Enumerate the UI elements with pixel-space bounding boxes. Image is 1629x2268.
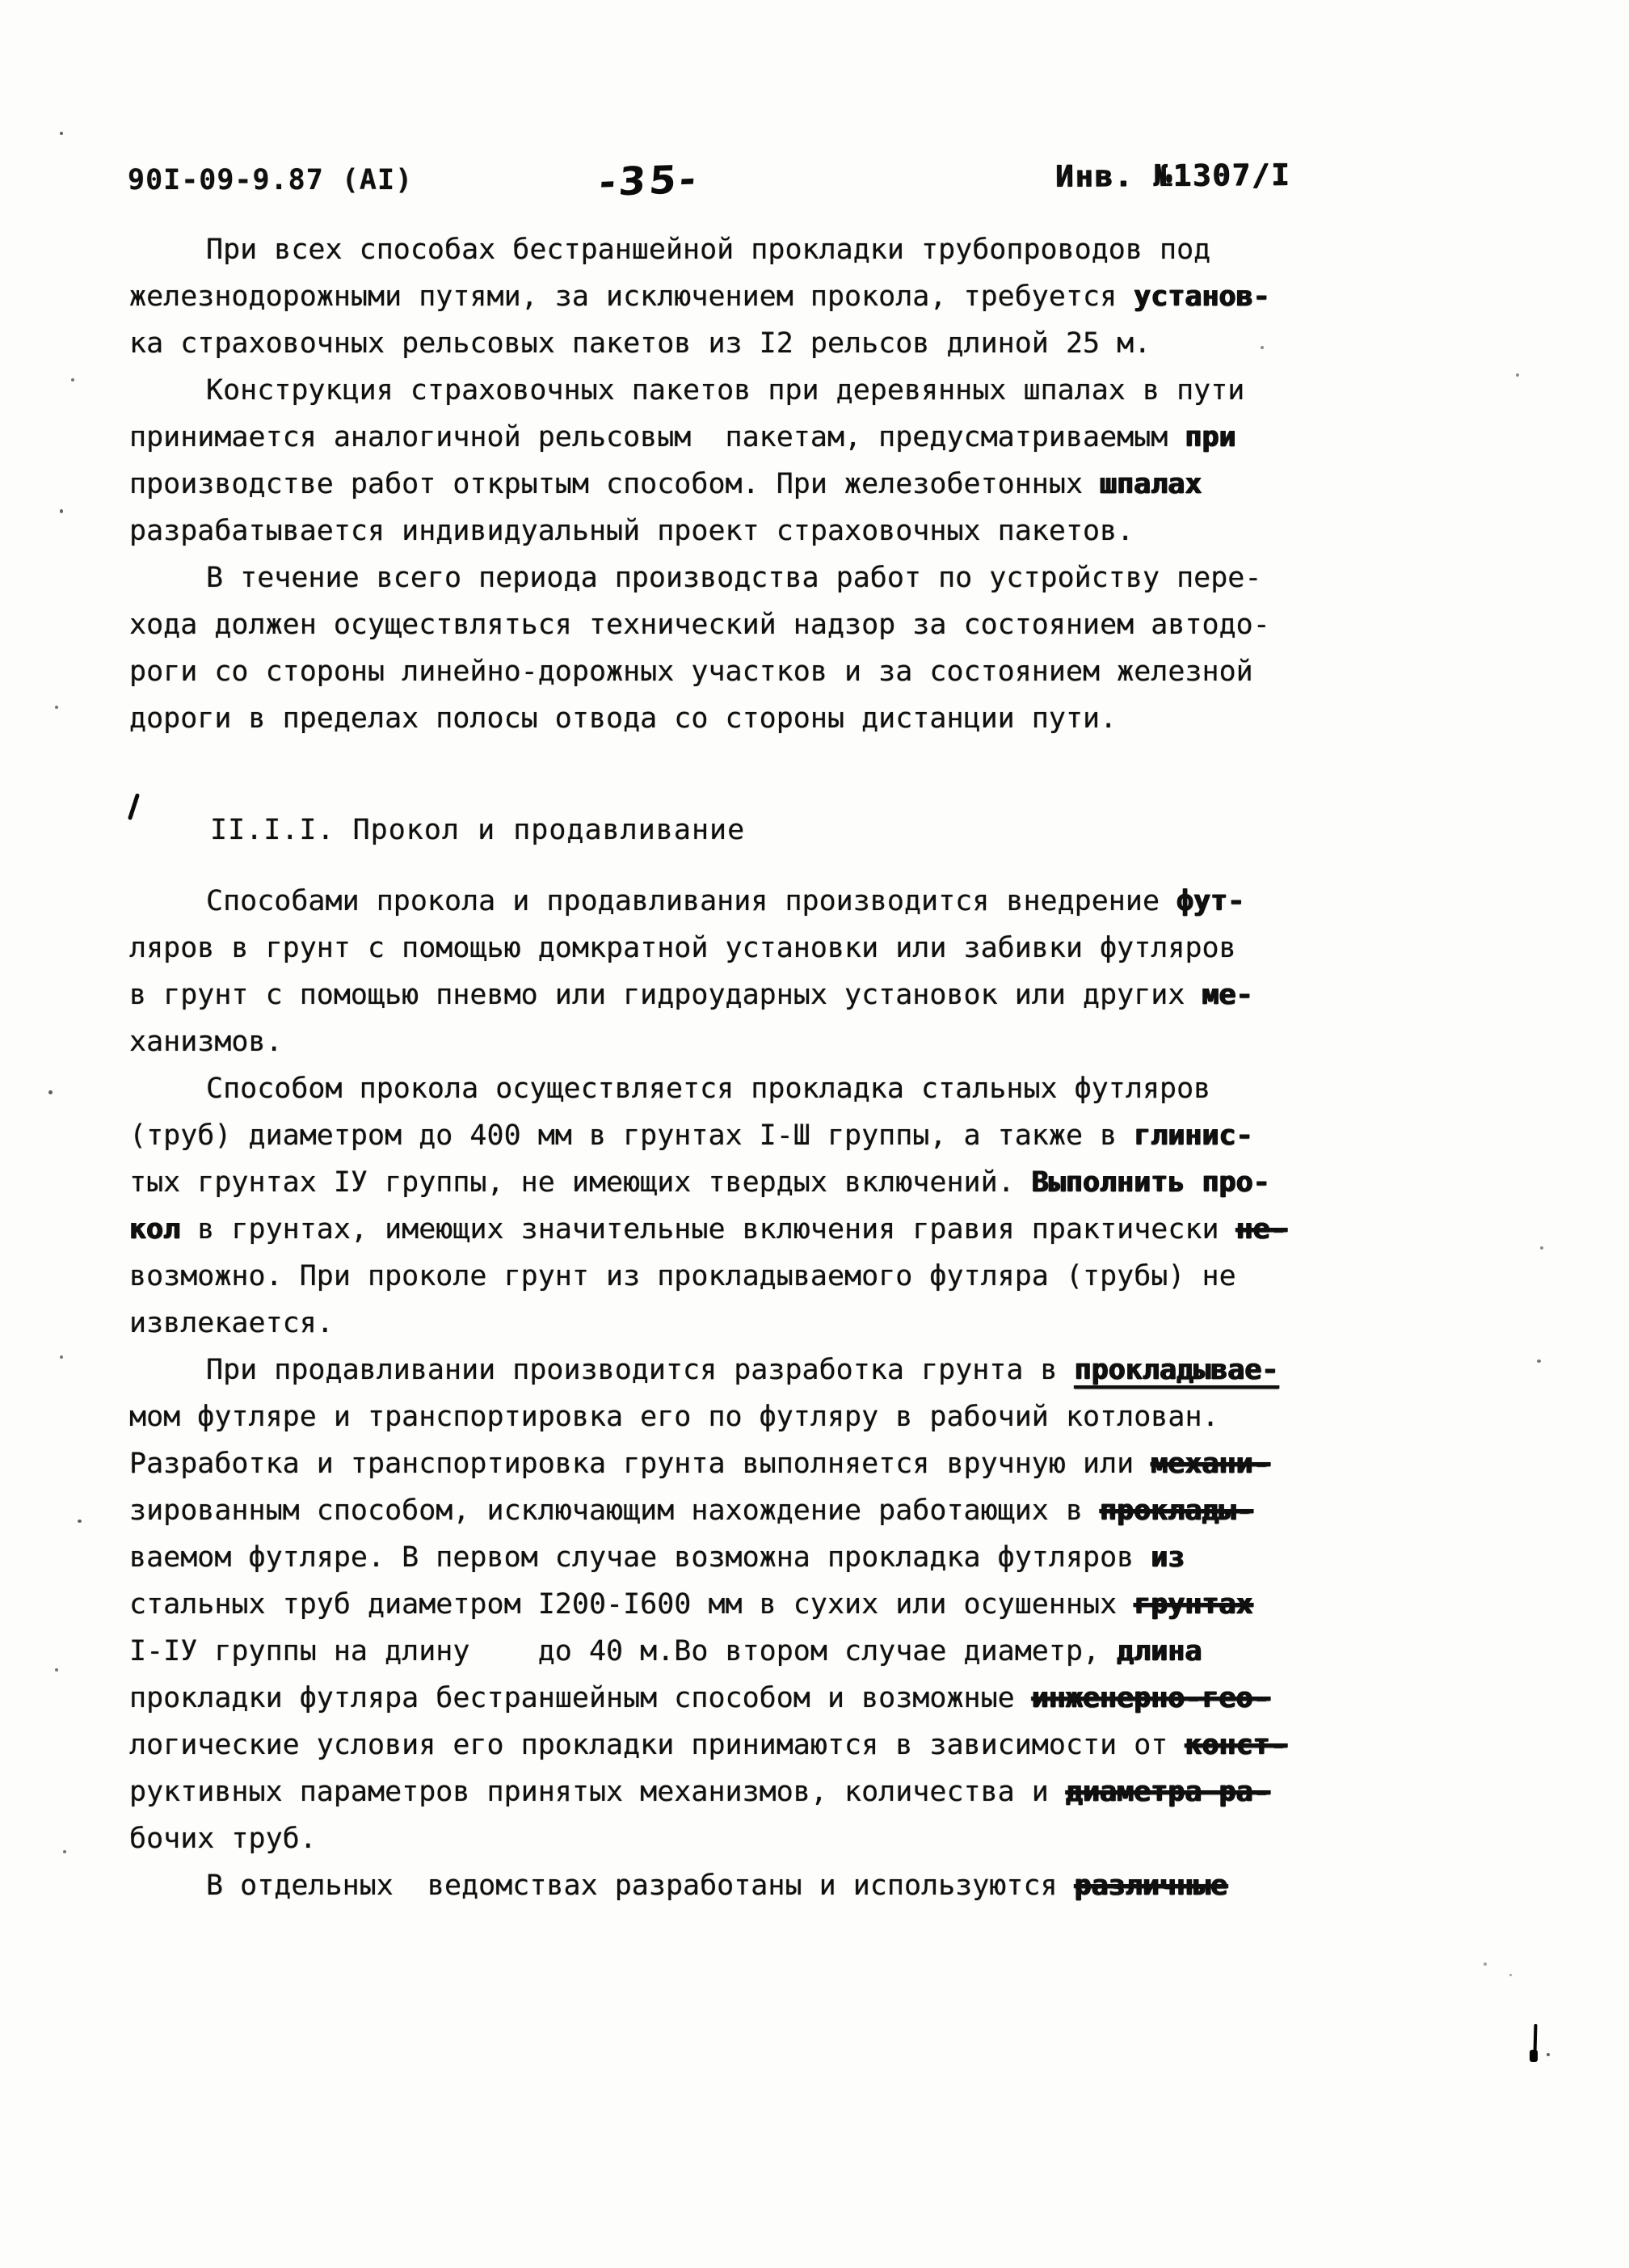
text-line: дороги в пределах полосы отвода со сторо… (129, 695, 1341, 742)
text-line: ваемом футляре. В первом случае возможна… (129, 1534, 1341, 1581)
scan-speck (1484, 1962, 1487, 1966)
scan-speck (63, 1850, 66, 1853)
text-line: бочих труб. (129, 1815, 1341, 1862)
scan-speck (1547, 2053, 1550, 2056)
text-line: прокладки футляра бестраншейным способом… (129, 1675, 1341, 1722)
text-line: руктивных параметров принятых механизмов… (129, 1768, 1341, 1815)
paragraph: При продавливании производится разработк… (129, 1347, 1341, 1862)
doc-number: 90I-09-9.87 (АI) (128, 164, 413, 196)
text-line: извлекается. (129, 1300, 1341, 1347)
text-line: В течение всего периода производства раб… (129, 554, 1341, 601)
scan-speck (1537, 1360, 1541, 1363)
scan-speck (71, 378, 74, 382)
page-number-handwritten: -35- (598, 157, 701, 205)
paragraph: В течение всего периода производства раб… (129, 554, 1341, 742)
text-line: хода должен осуществляться технический н… (129, 601, 1341, 648)
text-line: роги со стороны линейно-дорожных участко… (129, 648, 1341, 695)
scanned-page: 90I-09-9.87 (АI) -35- Инв. №1307/I При в… (0, 0, 1629, 2268)
scan-speck (1540, 1246, 1543, 1250)
scan-speck (78, 1520, 82, 1523)
paragraph: Способами прокола и продавливания произв… (129, 878, 1341, 1065)
inventory-stamp: Инв. №1307/I (1055, 158, 1291, 194)
text-line: мом футляре и транспортировка его по фут… (129, 1393, 1341, 1440)
text-line: логические условия его прокладки принима… (129, 1722, 1341, 1768)
scan-speck (60, 132, 63, 135)
text-line: в грунт с помощью пневмо или гидроударны… (129, 972, 1341, 1018)
section-heading: II.I.I. Прокол и продавливание (129, 807, 1341, 854)
text-line: кол в грунтах, имеющих значительные вклю… (129, 1206, 1341, 1253)
scan-speck (1261, 346, 1264, 349)
text-line: При всех способах бестраншейной прокладк… (129, 226, 1341, 273)
scan-speck (60, 509, 63, 513)
paragraph: Способом прокола осуществляется прокладк… (129, 1065, 1341, 1347)
text-line: производстве работ открытым способом. Пр… (129, 461, 1341, 508)
scan-speck (1509, 1974, 1512, 1976)
text-line: железнодорожными путями, за исключением … (129, 273, 1341, 320)
paragraph: Конструкция страховочных пакетов при дер… (129, 367, 1341, 554)
scan-speck (60, 1355, 63, 1359)
text-line: принимается аналогичной рельсовым пакета… (129, 414, 1341, 461)
scan-speck (48, 1090, 53, 1094)
text-line: ка страховочных рельсовых пакетов из I2 … (129, 320, 1341, 367)
scan-speck (1516, 373, 1519, 377)
text-line: разрабатывается индивидуальный проект ст… (129, 508, 1341, 554)
text-line: (труб) диаметром до 400 мм в грунтах I-Ш… (129, 1112, 1341, 1159)
text-line: ханизмов. (129, 1018, 1341, 1065)
body-text: При всех способах бестраншейной прокладк… (129, 226, 1341, 1909)
text-line: тых грунтах IУ группы, не имеющих тверды… (129, 1159, 1341, 1206)
text-line: зированным способом, исключающим нахожде… (129, 1487, 1341, 1534)
text-line: При продавливании производится разработк… (129, 1347, 1341, 1393)
text-line: Способами прокола и продавливания произв… (129, 878, 1341, 925)
paragraph: В отдельных ведомствах разработаны и исп… (129, 1862, 1341, 1909)
text-line: Конструкция страховочных пакетов при дер… (129, 367, 1341, 414)
text-line: В отдельных ведомствах разработаны и исп… (129, 1862, 1341, 1909)
text-line: I-IУ группы на длину до 40 м.Во втором с… (129, 1628, 1341, 1675)
text-line: стальных труб диаметром I200-I600 мм в с… (129, 1581, 1341, 1628)
text-line: возможно. При проколе грунт из прокладыв… (129, 1253, 1341, 1300)
text-line: Способом прокола осуществляется прокладк… (129, 1065, 1341, 1112)
ink-mark (1534, 2024, 1538, 2053)
text-line: Разработка и транспортировка грунта выпо… (129, 1440, 1341, 1487)
scan-speck (55, 706, 58, 709)
ink-mark (1530, 2050, 1538, 2062)
scan-speck (55, 1668, 58, 1671)
paragraph: При всех способах бестраншейной прокладк… (129, 226, 1341, 367)
text-line: ляров в грунт с помощью домкратной устан… (129, 925, 1341, 972)
